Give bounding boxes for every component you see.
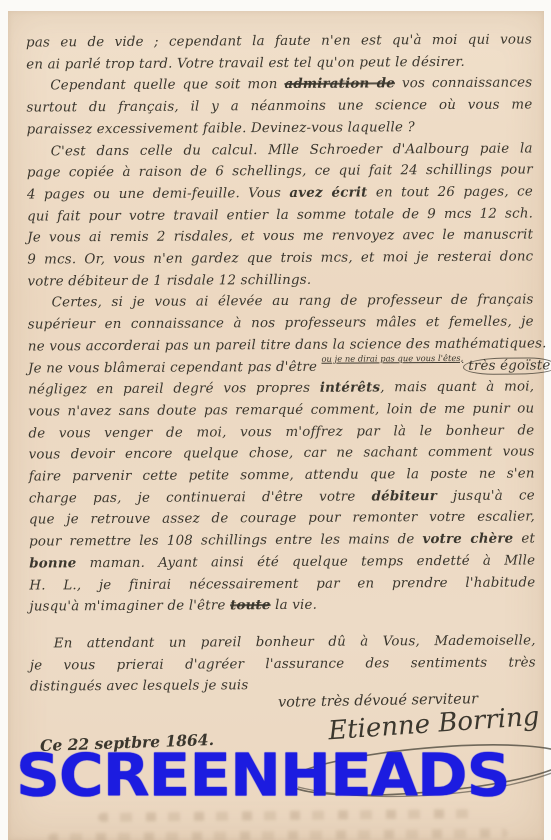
letter-line: jusqu'à m'imaginer de l'être toute la vi… <box>29 594 535 619</box>
text-segment: pour remettre les 108 schillings entre l… <box>29 532 423 549</box>
text-segment: vos connaissances <box>395 76 532 92</box>
letter-line: vous n'avez sans doute pas remarqué comm… <box>28 398 534 423</box>
text-segment: supérieur en connaissance à nos professe… <box>28 315 534 333</box>
letter-line: de vous venger de moi, vous m'offrez par… <box>28 420 534 445</box>
letter-line: faire parvenir cette petite somme, atten… <box>29 464 535 489</box>
text-segment: intérêts <box>320 380 381 396</box>
text-segment: en ai parlé trop tard. Votre travail est… <box>26 55 465 73</box>
text-segment: Cependant quelle que soit mon <box>50 77 284 93</box>
text-segment: C'est dans celle du calcul. Mlle Schroed… <box>51 141 533 159</box>
text-segment: Je vous ai remis 2 risdales, et vous me … <box>27 228 533 246</box>
paragraph: En attendant un pareil bonheur dû à Vous… <box>30 630 536 698</box>
text-segment: votre débiteur de 1 risdale 12 schilling… <box>27 273 311 290</box>
signature-name: Etienne Borring <box>327 702 540 747</box>
text-segment: surtout du français, il y a néanmoins un… <box>26 98 532 116</box>
letter-line: vous devoir encore quelque chose, car ne… <box>28 442 534 467</box>
scanned-letter-page: { "colors": { "paper": "#eedbc5", "ink":… <box>0 0 551 840</box>
text-segment: distingués avec lesquels je suis <box>30 679 249 695</box>
text-segment: H. L., je finirai nécessairement par en … <box>29 575 535 593</box>
letter-line: C'est dans celle du calcul. Mlle Schroed… <box>27 138 533 163</box>
watermark-text: SCREENHEADS <box>16 741 510 810</box>
letter-line: page copiée à raison de 6 schellings, ce… <box>27 160 533 185</box>
text-segment: Je ne vous blâmerai cependant pas d'être <box>28 359 322 376</box>
text-segment: négligez en pareil degré vos propres <box>28 381 320 398</box>
text-segment: , mais quant à moi, <box>380 380 534 396</box>
text-segment: charge pas, je continuerai d'être votre <box>29 489 372 506</box>
text-segment: vous n'avez sans doute pas remarqué comm… <box>28 401 534 419</box>
letter-line: pas eu de vide ; cependant la faute n'en… <box>26 29 532 54</box>
letter-line: que je retrouve assez de courage pour re… <box>29 507 535 532</box>
text-segment: ne vous accorderai pas un pareil titre d… <box>28 336 547 354</box>
letter-line: 9 mcs. Or, vous n'en gardez que trois mc… <box>27 246 533 271</box>
text-segment: 4 pages ou une demi-feuille. Vous <box>27 186 289 203</box>
interline-insertion: ou je ne dirai pas que vous l'êtes, <box>321 353 463 362</box>
document-page: pas eu de vide ; cependant la faute n'en… <box>8 11 544 840</box>
letter-line: Cependant quelle que soit mon admiration… <box>26 73 532 98</box>
text-segment: maman. Ayant ainsi été quelque temps end… <box>76 553 535 571</box>
bleed-through-mark <box>98 809 478 822</box>
text-segment: et <box>513 532 535 547</box>
letter-line: 4 pages ou une demi-feuille. Vous avez é… <box>27 181 533 206</box>
text-segment: avez écrit <box>289 184 367 200</box>
text-segment: 9 mcs. Or, vous n'en gardez que trois mc… <box>27 249 533 267</box>
text-segment: que je retrouve assez de courage pour re… <box>29 510 535 528</box>
paragraph: Cependant quelle que soit mon admiration… <box>26 73 532 141</box>
letter-line: Certes, si je vous ai élevée au rang de … <box>28 290 534 315</box>
text-segment: votre chère <box>422 531 513 548</box>
text-segment: jusqu'à m'imaginer de l'être <box>29 599 230 615</box>
paragraph: Certes, si je vous ai élevée au rang de … <box>28 290 536 619</box>
text-segment: la vie. <box>271 598 318 613</box>
letter-line: votre débiteur de 1 risdale 12 schilling… <box>27 268 533 293</box>
letter-line: je vous prierai d'agréer l'assurance des… <box>30 652 536 677</box>
text-segment: très égoïste <box>463 357 551 375</box>
letter-line: surtout du français, il y a néanmoins un… <box>26 95 532 120</box>
text-segment: de vous venger de moi, vous m'offrez par… <box>28 423 534 441</box>
text-segment: bonne <box>29 555 76 571</box>
letter-line: pour remettre les 108 schillings entre l… <box>29 529 535 554</box>
text-segment: page copiée à raison de 6 schellings, ce… <box>27 163 533 181</box>
letter-line: qui fait pour votre travail entier la so… <box>27 203 533 228</box>
text-segment: en tout 26 pages, ce <box>367 184 533 200</box>
letter-line: négligez en pareil degré vos propres int… <box>28 377 534 402</box>
text-segment: pas eu de vide ; cependant la faute n'en… <box>26 32 532 50</box>
letter-line: charge pas, je continuerai d'être votre … <box>29 485 535 510</box>
text-segment: jusqu'à ce <box>437 488 535 504</box>
letter-line: En attendant un pareil bonheur dû à Vous… <box>30 630 536 655</box>
text-segment: je vous prierai d'agréer l'assurance des… <box>30 655 536 673</box>
text-segment: débiteur <box>371 488 437 504</box>
letter-line: H. L., je finirai nécessairement par en … <box>29 572 535 597</box>
paragraph: C'est dans celle du calcul. Mlle Schroed… <box>27 138 534 293</box>
text-segment: qui fait pour votre travail entier la so… <box>27 206 533 224</box>
bleed-through-mark <box>48 829 508 840</box>
text-segment: vous devoir encore quelque chose, car ne… <box>29 445 535 463</box>
text-segment: Certes, si je vous ai élevée au rang de … <box>52 293 534 311</box>
letter-line: en ai parlé trop tard. Votre travail est… <box>26 51 532 76</box>
letter-line: supérieur en connaissance à nos professe… <box>28 312 534 337</box>
text-segment: toute <box>230 597 271 613</box>
letter-line: bonne maman. Ayant ainsi été quelque tem… <box>29 550 535 575</box>
letter-body: pas eu de vide ; cependant la faute n'en… <box>26 29 536 698</box>
text-segment: paraissez excessivement faible. Devinez-… <box>27 120 415 137</box>
letter-line: Je vous ai remis 2 risdales, et vous me … <box>27 225 533 250</box>
letter-line: Je ne vous blâmerai cependant pas d'être… <box>28 355 534 380</box>
text-segment: faire parvenir cette petite somme, atten… <box>29 467 535 485</box>
text-segment: En attendant un pareil bonheur dû à Vous… <box>54 633 536 651</box>
paragraph: pas eu de vide ; cependant la faute n'en… <box>26 29 532 75</box>
text-segment: admiration de <box>284 76 395 93</box>
letter-line: paraissez excessivement faible. Devinez-… <box>27 116 533 141</box>
